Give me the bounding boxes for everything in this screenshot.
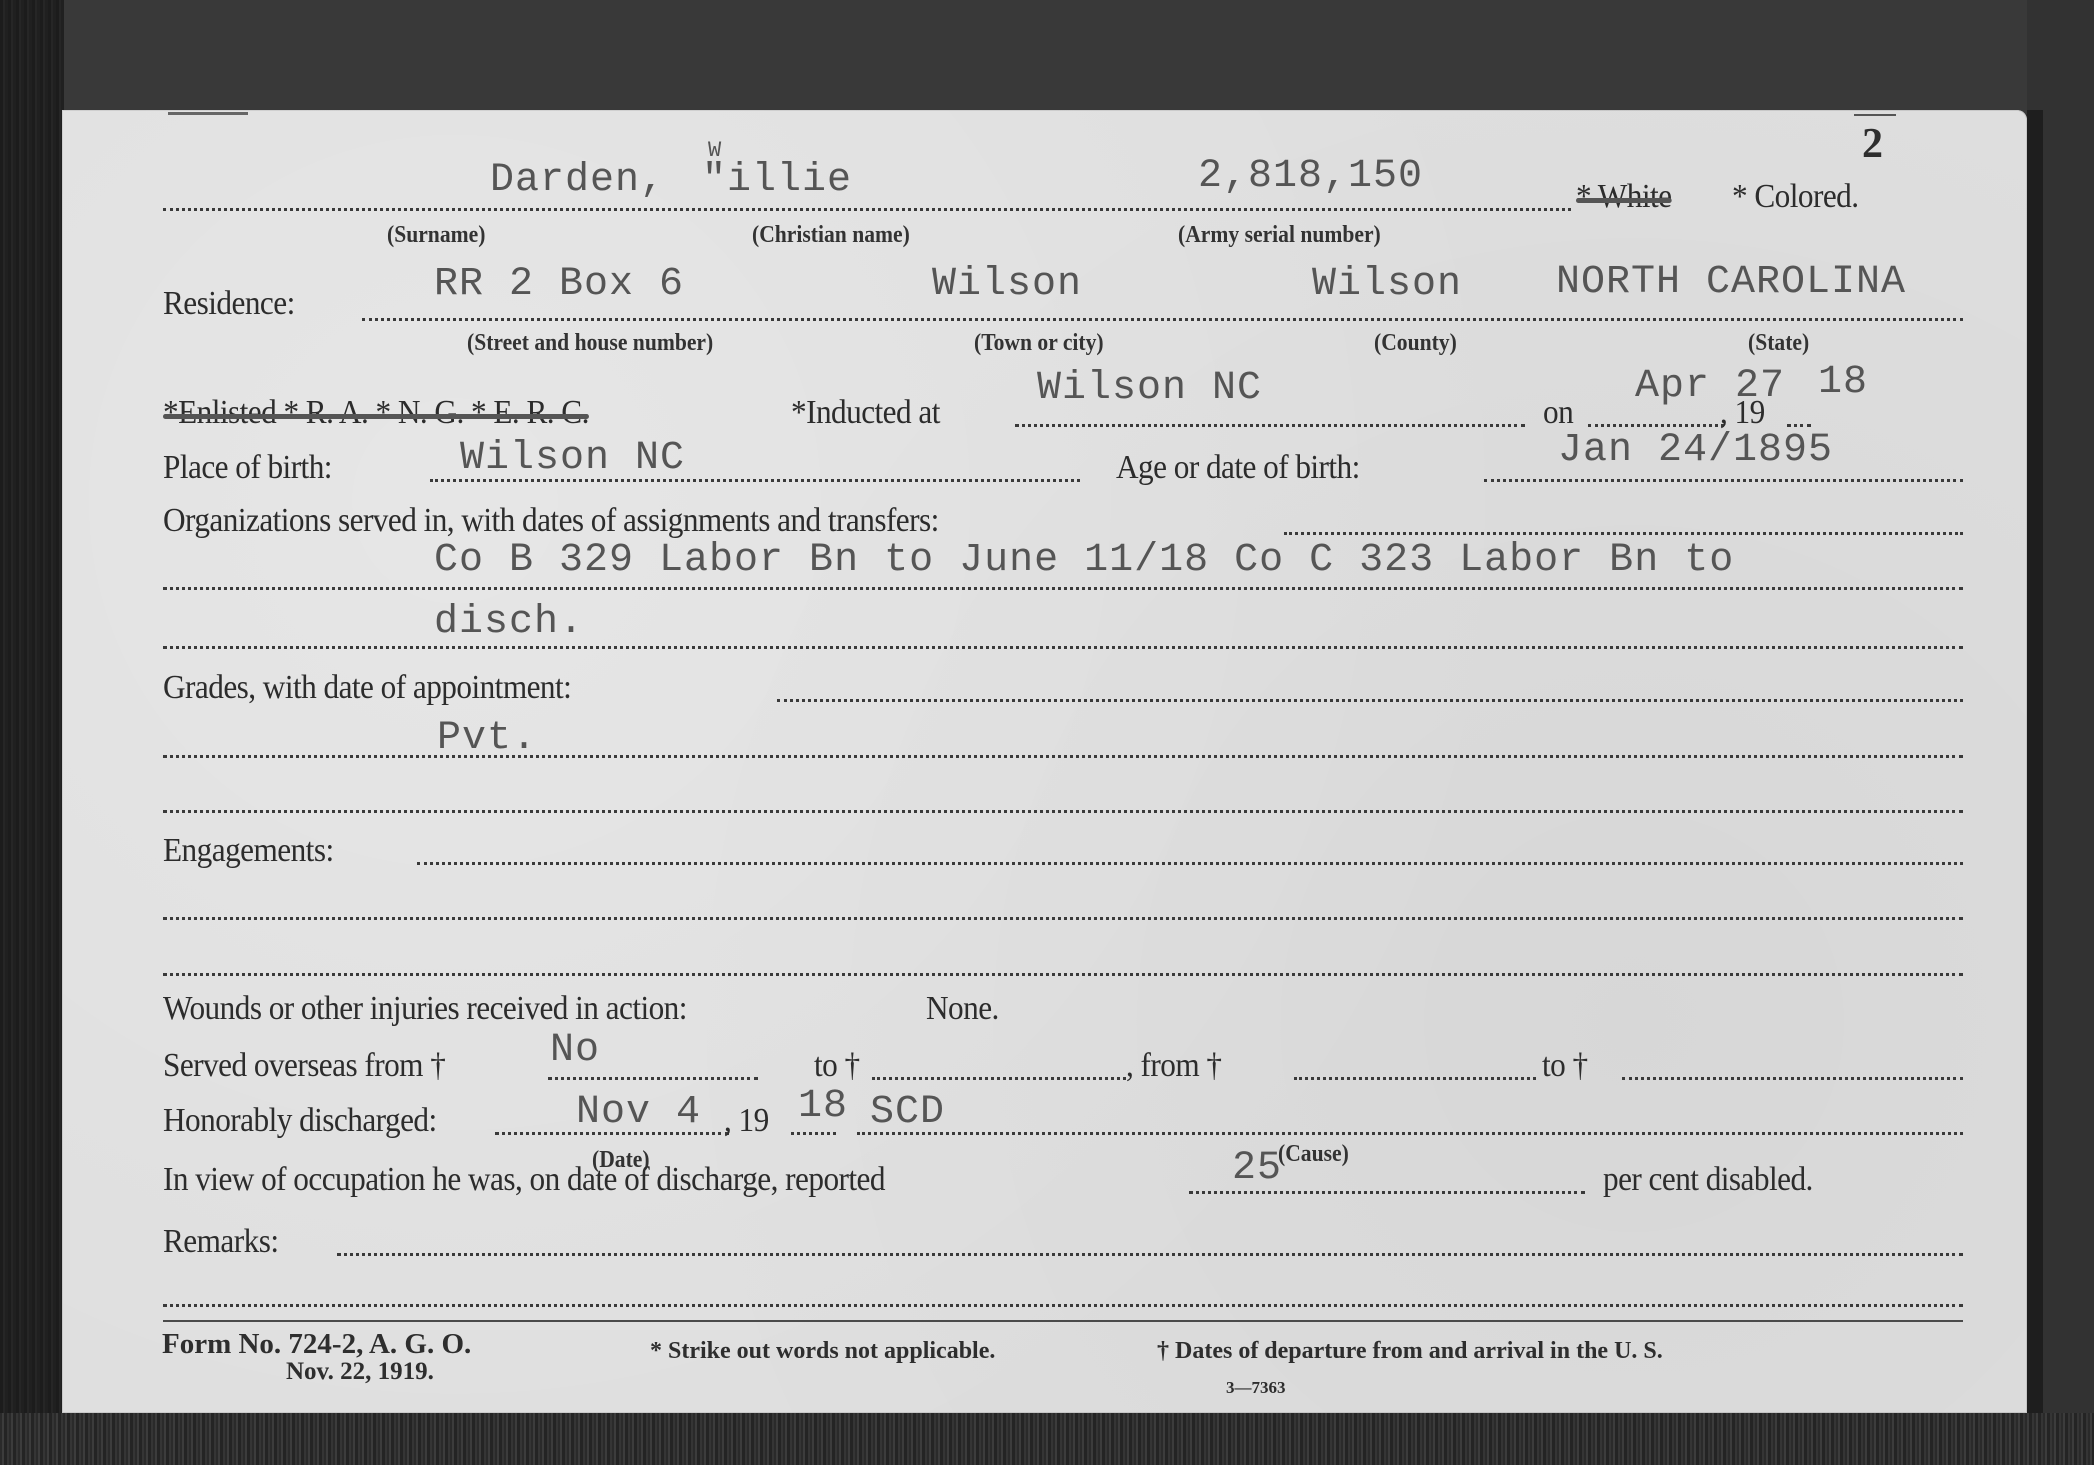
inducted-place: Wilson NC [1037,366,1262,411]
race-white-struck: * White [1576,178,1671,215]
overseas-from-line [548,1077,758,1080]
caption-serial-number: (Army serial number) [1178,222,1381,249]
discharge-cause-line [857,1132,1963,1135]
disability-suffix: per cent disabled. [1603,1161,1813,1199]
discharge-year-line [791,1132,836,1135]
residence-county: Wilson [1312,262,1462,307]
organizations-line-0 [1284,532,1963,535]
residence-line [362,318,1963,321]
top-right-mark [1854,114,1896,116]
organizations-line1-value: Co B 329 Labor Bn to June 11/18 Co C 323… [434,538,1734,583]
name-line [163,208,1571,211]
remarks-label: Remarks: [163,1223,278,1261]
organizations-line2-value: disch. [434,600,584,645]
inducted-year-line [1787,424,1811,427]
disability-percent: 25 [1232,1146,1282,1191]
inducted-date-line [1588,424,1724,427]
engagements-line-1 [163,917,1963,920]
overseas-from2-label: , from † [1126,1047,1221,1085]
overseas-from-label: Served overseas from † [163,1047,445,1085]
grades-line-0 [777,699,1963,702]
caption-state: (State) [1748,330,1809,357]
residence-town: Wilson [932,262,1082,307]
top-edge-mark [168,112,248,115]
overseas-from-value: No [550,1028,600,1073]
form-date: Nov. 22, 1919. [286,1358,434,1386]
place-of-birth-label: Place of birth: [163,449,332,487]
caption-surname: (Surname) [387,222,485,249]
organizations-line-1 [163,587,1963,590]
date-of-birth-line [1484,479,1963,482]
discharge-year: 18 [798,1084,848,1129]
inducted-place-line [1015,424,1525,427]
card-shadow [2027,110,2043,1420]
inducted-on-label: on [1543,394,1573,432]
strike-out-note: * Strike out words not applicable. [650,1338,995,1365]
enlistment-options-struck: *Enlisted * R. A. * N. G. * E. R. C. [163,394,589,432]
organizations-label: Organizations served in, with dates of a… [163,502,939,540]
engagements-label: Engagements: [163,832,334,870]
grades-label: Grades, with date of appointment: [163,669,571,707]
discharge-cause: SCD [870,1090,945,1135]
discharge-date: Nov 4 [576,1090,701,1135]
form-number: Form No. 724-2, A. G. O. [162,1328,471,1361]
race-option-white: * White [1576,178,1671,216]
inducted-at-label: *Inducted at [791,394,940,432]
date-of-birth-value: Jan 24/1895 [1558,428,1833,473]
christian-name-correction: W [708,138,722,163]
overseas-from2-line [1294,1077,1536,1080]
caption-christian-name: (Christian name) [752,222,910,249]
footer-rule [163,1320,1963,1322]
inducted-year: 18 [1818,360,1868,405]
surname-value: Darden, [490,158,665,203]
grades-line-2 [163,810,1963,813]
discharged-label: Honorably discharged: [163,1102,437,1140]
caption-county: (County) [1374,330,1457,357]
scan-background-left [0,0,64,1465]
grades-line-1 [163,755,1963,758]
caption-town: (Town or city) [974,330,1104,357]
wounds-label: Wounds or other injuries received in act… [163,990,687,1028]
residence-label: Residence: [163,285,295,323]
struck-options-text: *Enlisted * R. A. * N. G. * E. R. C. [163,394,589,431]
caption-street: (Street and house number) [467,330,713,357]
overseas-to2-label: to † [1542,1047,1588,1085]
army-serial-number: 2,818,150 [1198,154,1423,199]
remarks-line-1 [163,1304,1963,1307]
residence-street: RR 2 Box 6 [434,262,684,307]
disability-prefix: In view of occupation he was, on date of… [163,1161,885,1199]
organizations-line-2 [163,646,1963,649]
overseas-to-label: to † [814,1047,860,1085]
race-option-colored: * Colored. [1732,178,1859,216]
scan-background-bottom [0,1413,2094,1465]
print-code: 3—7363 [1226,1378,1286,1398]
engagements-line-2 [163,973,1963,976]
overseas-to2-line [1622,1077,1963,1080]
wounds-value: None. [926,990,999,1028]
scan-background-top [64,0,2094,114]
remarks-line-0 [337,1253,1963,1256]
place-of-birth-value: Wilson NC [460,436,685,481]
christian-name-value: "illie [702,158,852,203]
inducted-year-prefix: , 19 [1720,394,1765,432]
dates-note: † Dates of departure from and arrival in… [1157,1338,1663,1365]
date-of-birth-label: Age or date of birth: [1116,449,1360,487]
disability-percent-line [1189,1191,1585,1194]
overseas-to-line [872,1077,1126,1080]
service-record-card: 2 Darden, "illie W 2,818,150 * White * C… [62,110,2027,1413]
caption-cause: (Cause) [1278,1141,1349,1168]
discharge-year-prefix: , 19 [724,1102,769,1140]
card-number: 2 [1862,120,1883,168]
engagements-line-0 [417,862,1963,865]
residence-state: NORTH CAROLINA [1556,260,1906,305]
